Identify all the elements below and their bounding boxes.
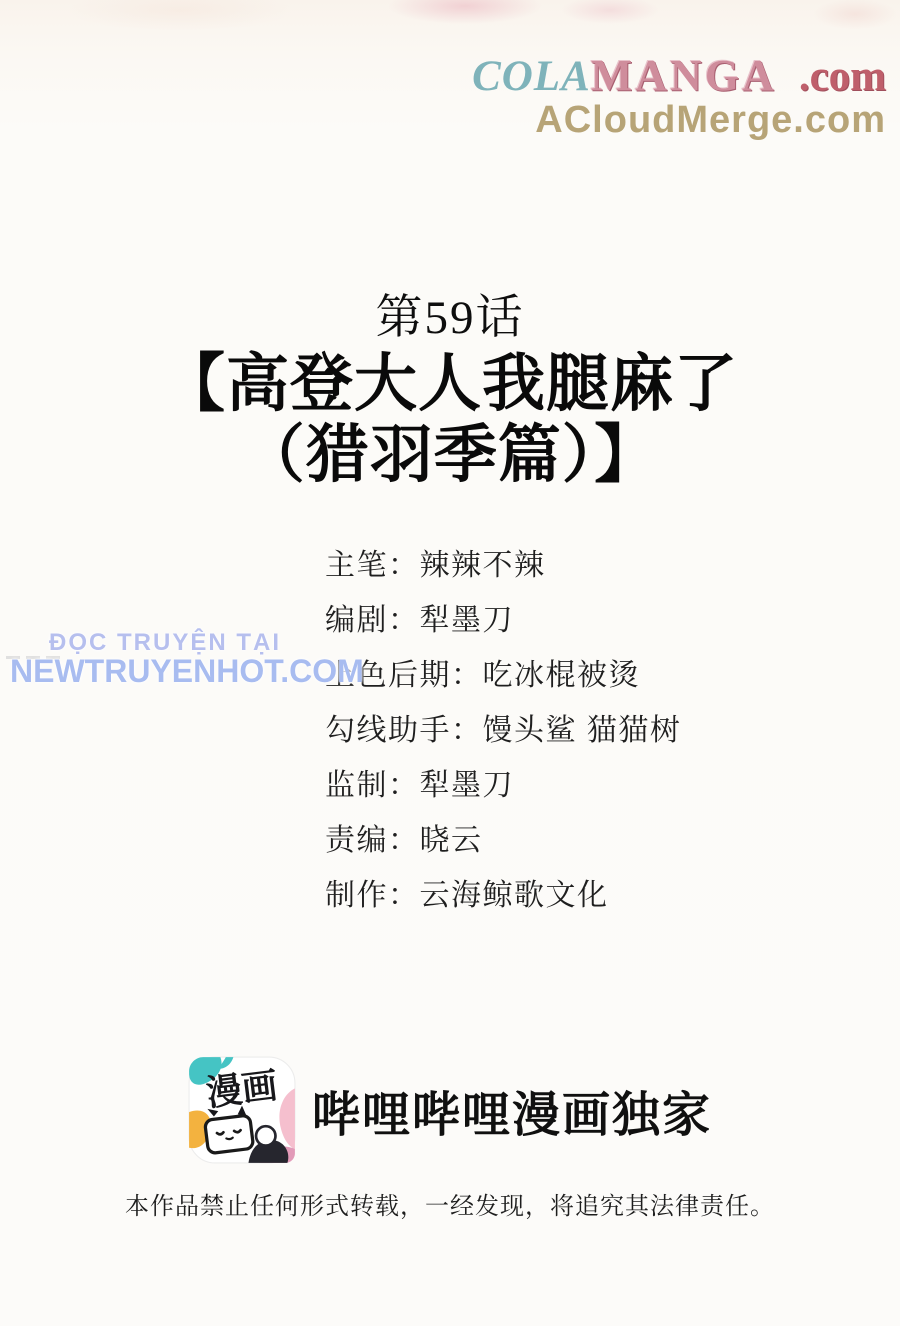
legal-notice: 本作品禁止任何形式转载，一经发现，将追究其法律责任。 xyxy=(0,1186,900,1221)
viet-watermark-line2: NEWTRUYENHOT.COM xyxy=(10,655,320,689)
chapter-title: 【高登大人我腿麻了 （猎羽季篇）】 xyxy=(0,349,900,490)
colamanga-dotcom-text: .com xyxy=(799,53,886,100)
credit-line-writer: 编剧：犁墨刀 xyxy=(325,593,681,648)
credits-list: 主笔：辣辣不辣 编剧：犁墨刀 上色后期：吃冰棍被烫 勾线助手：馒头鲨 猫猫树 监… xyxy=(325,538,681,923)
chapter-heading: 第59话 【高登大人我腿麻了 （猎羽季篇）】 xyxy=(0,280,900,490)
bilibili-manga-app-icon: 漫画 xyxy=(188,1056,296,1164)
credit-line-lineart: 勾线助手：馒头鲨 猫猫树 xyxy=(325,703,681,758)
colamanga-manga-text: MANGA xyxy=(591,51,777,100)
app-icon-glove xyxy=(256,1126,275,1145)
credit-line-artist: 主笔：辣辣不辣 xyxy=(325,538,681,593)
publisher-row: 漫画 哔哩哔哩漫画独家 xyxy=(0,1056,900,1164)
chapter-number: 第59话 xyxy=(0,280,900,347)
app-icon-tv-face xyxy=(205,1115,254,1154)
chapter-title-line2: （猎羽季篇）】 xyxy=(0,420,900,491)
credit-line-production: 制作：云海鲸歌文化 xyxy=(325,868,681,923)
credit-line-editor: 责编：晓云 xyxy=(325,813,681,868)
colamanga-watermark: COLAMANGA.com ACloudMerge.com xyxy=(472,54,886,140)
bilibili-exclusive-text: 哔哩哔哩漫画独家 xyxy=(312,1076,712,1145)
viet-watermark-line1: ĐỌC TRUYỆN TẠI xyxy=(10,630,320,655)
chapter-title-line1: 【高登大人我腿麻了 xyxy=(0,349,900,420)
colamanga-cola-text: COLA xyxy=(472,53,591,100)
credit-line-supervisor: 监制：犁墨刀 xyxy=(325,758,681,813)
acloudmerge-line: ACloudMerge.com xyxy=(472,101,886,140)
colamanga-line: COLAMANGA.com xyxy=(472,54,886,99)
credit-line-coloring: 上色后期：吃冰棍被烫 xyxy=(325,648,681,703)
manga-title-page: COLAMANGA.com ACloudMerge.com 第59话 【高登大人… xyxy=(0,0,900,1326)
newtruyenhot-watermark: ĐỌC TRUYỆN TẠI NEWTRUYENHOT.COM xyxy=(10,630,320,689)
